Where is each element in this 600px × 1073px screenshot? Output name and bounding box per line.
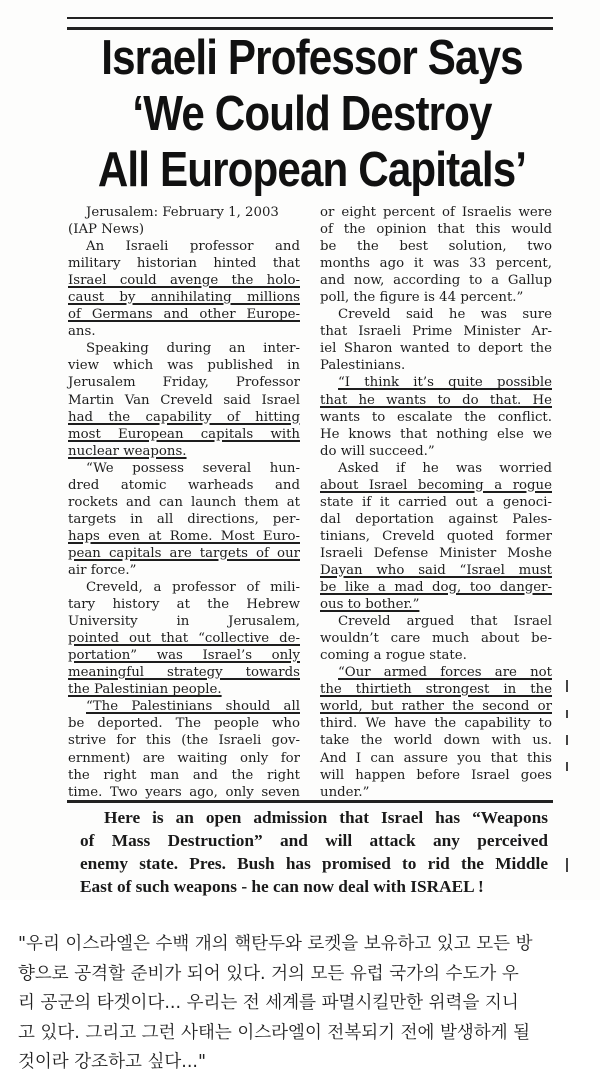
text-line: University in Jerusalem, xyxy=(68,613,300,630)
underlined-line: “The Palestinians should all xyxy=(68,698,300,715)
underlined-line: the Palestinian people. xyxy=(68,681,300,698)
text-line: He knows that nothing else we xyxy=(320,426,552,443)
headline-line-1: Israeli Professor Says xyxy=(97,30,527,86)
article-bottom-rule xyxy=(67,800,553,803)
text-line: Creveld said he was sure xyxy=(320,306,552,323)
article-column-right: or eight percent of Israelis were of the… xyxy=(320,204,552,801)
text-line: iel Sharon wanted to deport the xyxy=(320,340,552,357)
text-line: Martin Van Creveld said Israel xyxy=(68,392,300,409)
text-line: Creveld argued that Israel xyxy=(320,613,552,630)
underlined-line: Israel could avenge the holo- xyxy=(68,272,300,289)
text-line: military historian hinted that xyxy=(68,255,300,272)
headline-line-3: All European Capitals’ xyxy=(97,142,527,198)
text-line: months ago it was 33 percent, xyxy=(320,255,552,272)
underlined-line: about Israel becoming a rogue xyxy=(320,477,552,494)
text-line: And I can assure you that this xyxy=(320,750,552,767)
underlined-line: be like a mad dog, too danger- xyxy=(320,579,552,596)
caption-line: 리 공군의 타겟이다... 우리는 전 세계를 파멸시킬만한 위력을 지니 xyxy=(18,989,588,1019)
text-line: Palestinians. xyxy=(320,357,552,374)
text-line: that Israeli Prime Minister Ar- xyxy=(320,323,552,340)
dateline: Jerusalem: February 1, 2003 xyxy=(68,204,300,221)
text-line: Jerusalem Friday, Professor xyxy=(68,374,300,391)
text-line: Asked if he was worried xyxy=(320,460,552,477)
text-line: Israeli Defense Minister Moshe xyxy=(320,545,552,562)
text-line: targets in all directions, per- xyxy=(68,511,300,528)
text-line: state if it carried out a genoci- xyxy=(320,494,552,511)
underlined-line: caust by annihilating millions xyxy=(68,289,300,306)
underlined-line: world, but rather the second or xyxy=(320,698,552,715)
text-line: view which was published in xyxy=(68,357,300,374)
text-line: or eight percent of Israelis were xyxy=(320,204,552,221)
caption-line: "우리 이스라엘은 수백 개의 핵탄두와 로켓을 보유하고 있고 모든 방 xyxy=(18,930,588,960)
underlined-line: pointed out that “collective de- xyxy=(68,630,300,647)
text-line: Creveld, a professor of mili- xyxy=(68,579,300,596)
underlined-line: most European capitals with xyxy=(68,426,300,443)
underlined-line: ous to bother.” xyxy=(320,596,552,613)
underlined-line: “I think it’s quite possible xyxy=(320,374,552,391)
korean-caption: "우리 이스라엘은 수백 개의 핵탄두와 로켓을 보유하고 있고 모든 방 향으… xyxy=(18,930,588,1073)
underlined-line: the thirtieth strongest in the xyxy=(320,681,552,698)
underlined-line: meaningful strategy towards xyxy=(68,664,300,681)
underlined-line: pean capitals are targets of our xyxy=(68,545,300,562)
text-line: rockets and can launch them at xyxy=(68,494,300,511)
comment-line: East of such weapons - he can now deal w… xyxy=(80,875,548,898)
scan-edge-marks xyxy=(566,680,570,890)
text-line-underlined-partial: poll, the figure is 44 percent.” xyxy=(320,289,552,306)
text-line: be the best solution, two xyxy=(320,238,552,255)
text-line: third. We have the capability to xyxy=(320,715,552,732)
underlined-line: portation” was Israel’s only xyxy=(68,647,300,664)
text-line: under.” xyxy=(320,784,552,801)
text-line: wants to escalate the conflict. xyxy=(320,409,552,426)
underlined-line: that he wants to do that. He xyxy=(320,392,552,409)
underlined-line: nuclear weapons. xyxy=(68,443,300,460)
source-line: (IAP News) xyxy=(68,221,300,238)
text-line: do will succeed.” xyxy=(320,443,552,460)
text-line: the right man and the right xyxy=(68,767,300,784)
text-line: will happen before Israel goes xyxy=(320,767,552,784)
text-line: of the opinion that this would xyxy=(320,221,552,238)
text-line: wouldn’t care much about be- xyxy=(320,630,552,647)
headline: Israeli Professor Says ‘We Could Destroy… xyxy=(97,30,527,198)
text-line: time. Two years ago, only seven xyxy=(68,784,300,801)
underlined-line: “Our armed forces are not xyxy=(320,664,552,681)
text-line: strive for this (the Israeli gov- xyxy=(68,732,300,749)
text-line: ans. xyxy=(68,323,300,340)
underlined-line: Dayan who said “Israel must xyxy=(320,562,552,579)
comment-line: of Mass Destruction” and will attack any… xyxy=(80,829,548,852)
text-line: be deported. The people who xyxy=(68,715,300,732)
text-line: dred atomic warheads and xyxy=(68,477,300,494)
editorial-comment: Here is an open admission that Israel ha… xyxy=(80,806,548,898)
text-line: coming a rogue state. xyxy=(320,647,552,664)
underlined-line: had the capability of hitting xyxy=(68,409,300,426)
text-line: Speaking during an inter- xyxy=(68,340,300,357)
comment-line: Here is an open admission that Israel ha… xyxy=(80,806,548,829)
text-line: An Israeli professor and xyxy=(68,238,300,255)
text-line: “We possess several hun- xyxy=(68,460,300,477)
text-line: air force.” xyxy=(68,562,300,579)
text-line: and now, according to a Gallup xyxy=(320,272,552,289)
headline-line-2: ‘We Could Destroy xyxy=(97,86,527,142)
top-rule xyxy=(67,17,553,19)
article-column-left: Jerusalem: February 1, 2003 (IAP News) A… xyxy=(68,204,300,801)
text-line: tary history at the Hebrew xyxy=(68,596,300,613)
caption-line: 향으로 공격할 준비가 되어 있다. 거의 모든 유럽 국가의 수도가 우 xyxy=(18,960,588,990)
newspaper-clipping: Israeli Professor Says ‘We Could Destroy… xyxy=(0,0,600,900)
text-line: ernment) are waiting only for xyxy=(68,750,300,767)
underlined-line: haps even at Rome. Most Euro- xyxy=(68,528,300,545)
caption-line: 것이라 강조하고 싶다..." xyxy=(18,1048,588,1073)
text-line: tinians, Creveld quoted former xyxy=(320,528,552,545)
caption-line: 고 있다. 그리고 그런 사태는 이스라엘이 전복되기 전에 발생하게 될 xyxy=(18,1019,588,1049)
text-line: take the world down with us. xyxy=(320,732,552,749)
comment-line: enemy state. Pres. Bush has promised to … xyxy=(80,852,548,875)
underlined-line: of Germans and other Europe- xyxy=(68,306,300,323)
text-line: dal deportation against Pales- xyxy=(320,511,552,528)
